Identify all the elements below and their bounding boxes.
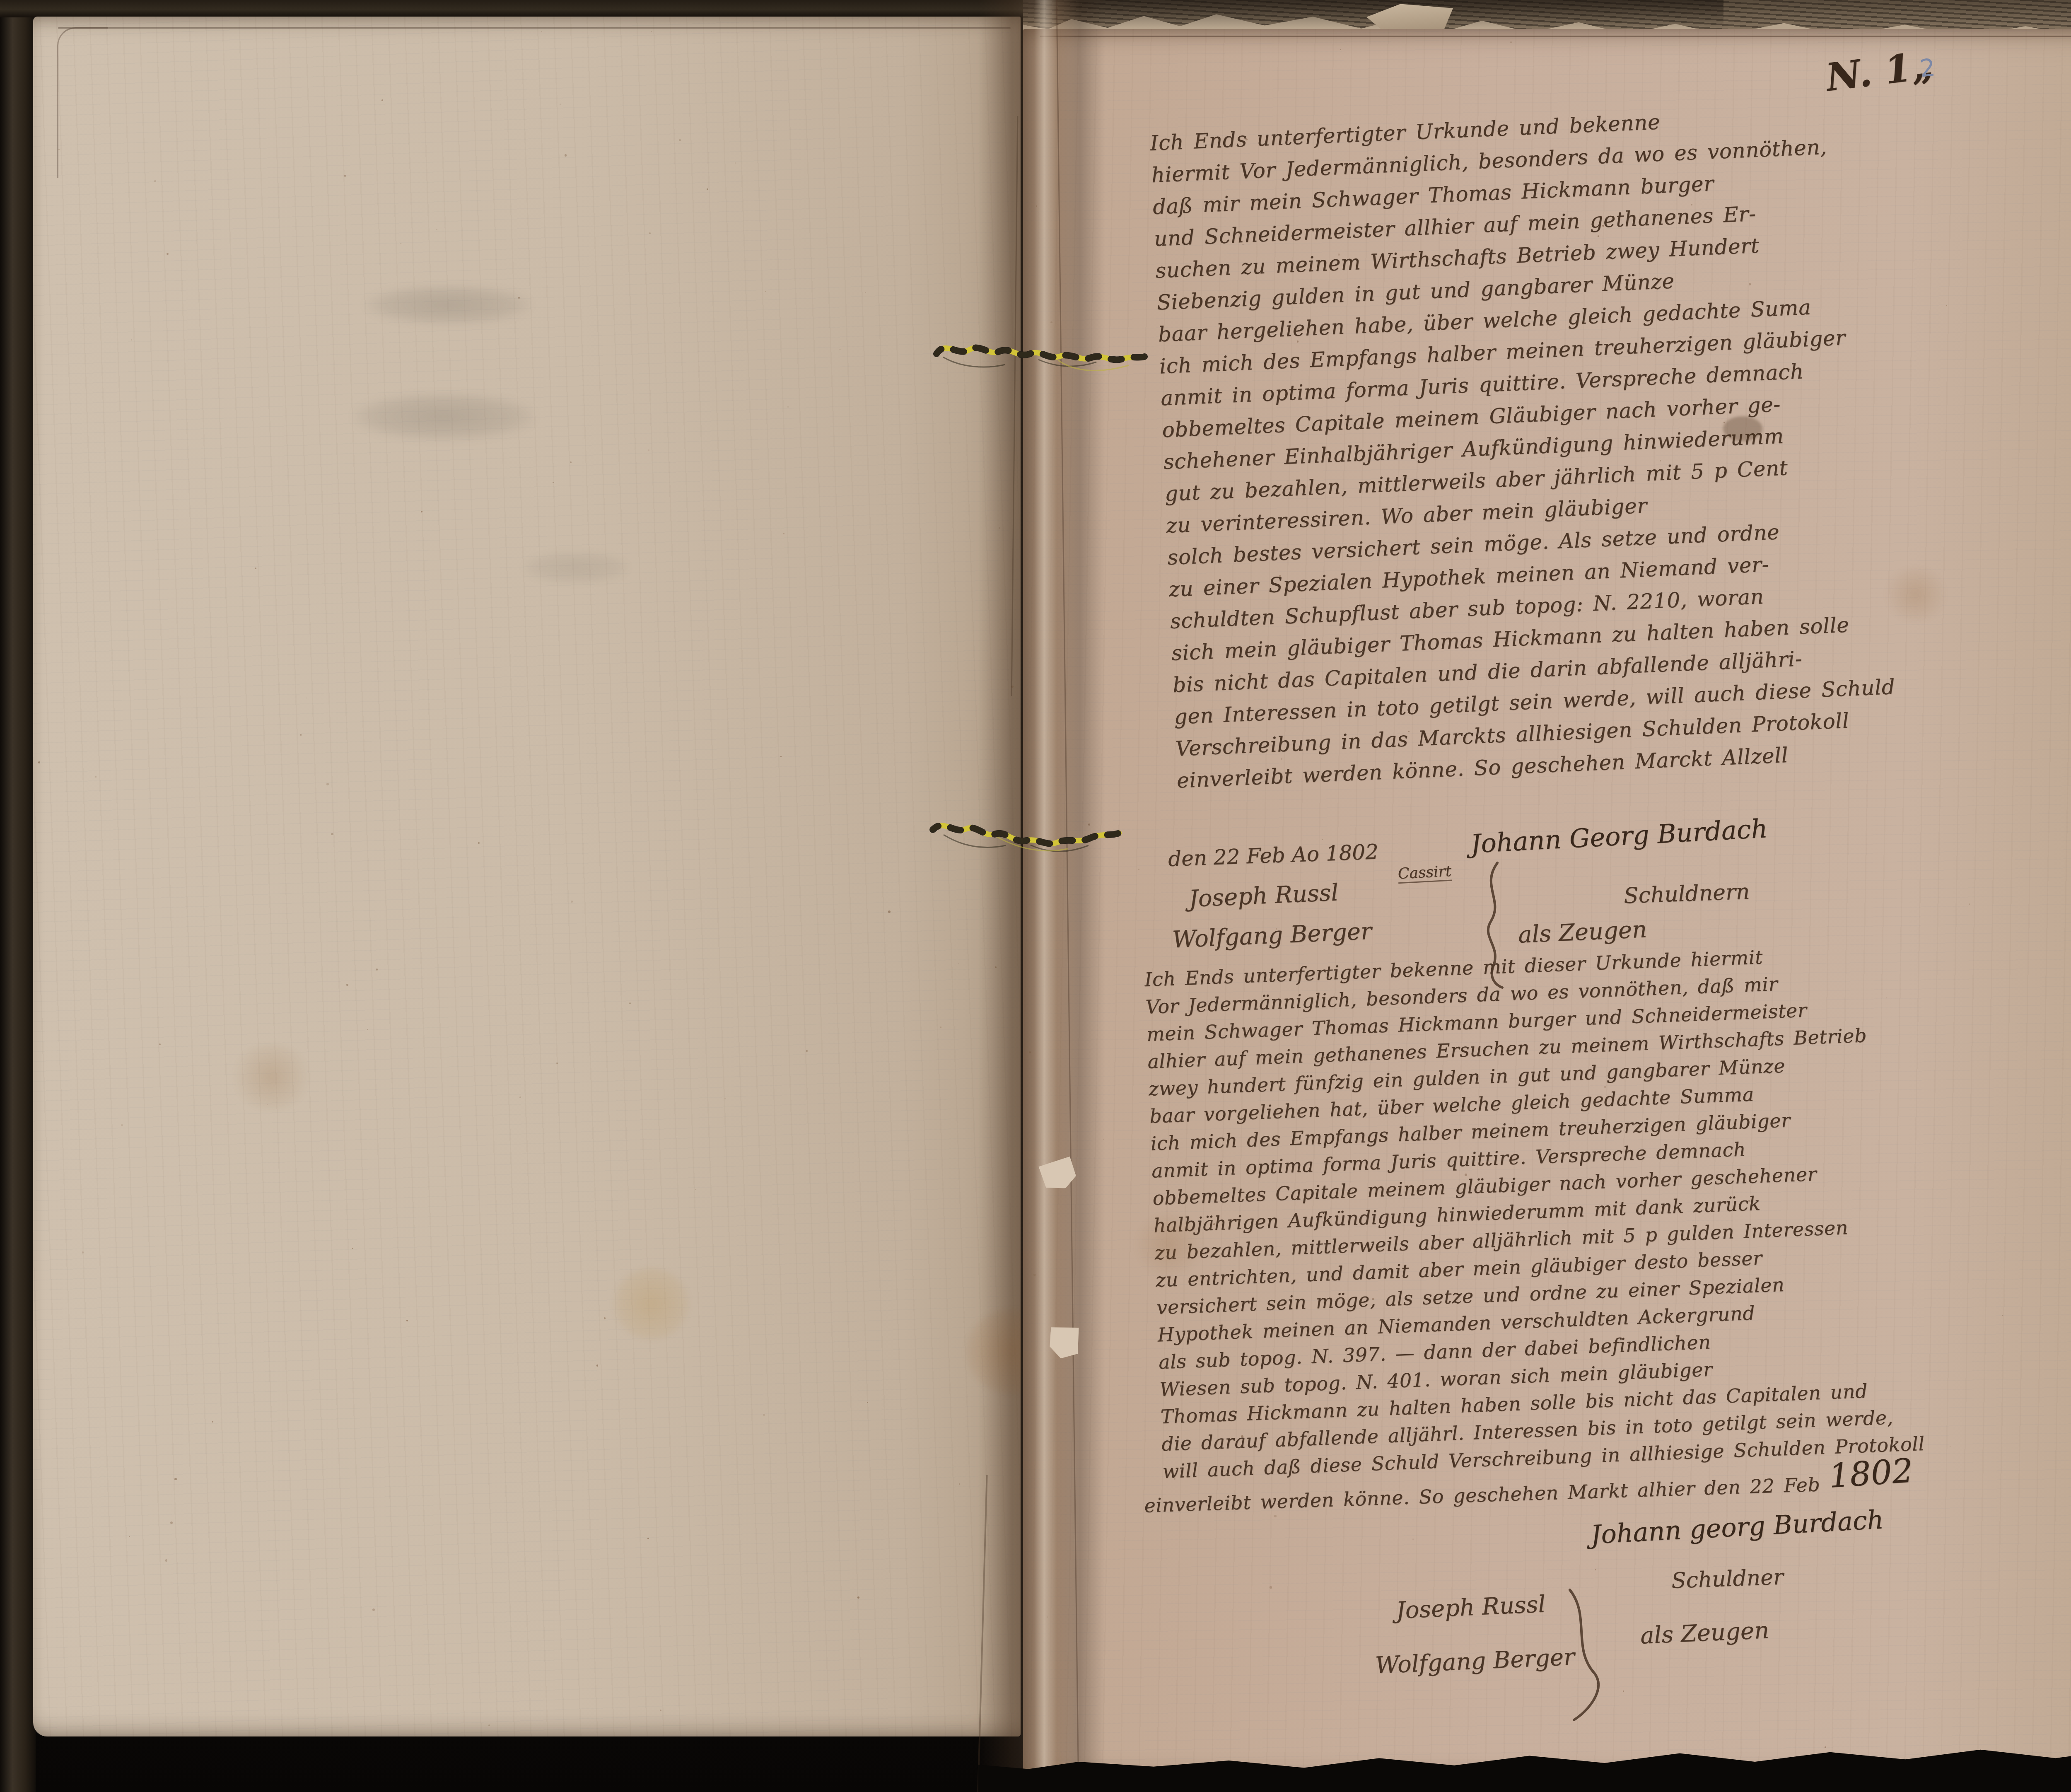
entry-1-debtor-role: Schuldnern (1623, 879, 1750, 909)
paper-speck (783, 533, 784, 534)
paper-speck (372, 1608, 375, 1611)
entry-2-closing-year: 1802 (1827, 1451, 1914, 1495)
signature-brace-flourish (1562, 1587, 1607, 1723)
entry-1-witness-2-signature: Wolfgang Berger (1172, 918, 1372, 954)
paper-speck (1036, 205, 1037, 206)
entry-2-witness-1-signature: Joseph Russl (1395, 1591, 1546, 1624)
paper-speck (806, 1050, 807, 1051)
paper-speck (174, 1478, 176, 1480)
paper-speck (421, 511, 422, 512)
paper-speck (565, 154, 567, 156)
paper-speck (1950, 1446, 1950, 1447)
paper-speck (1029, 1051, 1031, 1053)
entry-1-debtor-signature: Johann Georg Burdach (1470, 813, 1769, 859)
paper-speck (555, 1338, 555, 1338)
paper-speck (1033, 1274, 1035, 1276)
paper-speck (82, 1251, 84, 1253)
paper-speck (596, 1365, 599, 1367)
paper-speck (857, 1596, 859, 1599)
book-cover-left-edge (0, 0, 36, 1792)
paper-speck (95, 776, 96, 777)
paper-speck (300, 734, 302, 735)
paper-speck (478, 842, 480, 844)
sewing-thread-lower (931, 806, 1126, 862)
left-page (33, 17, 1021, 1736)
paper-speck (571, 901, 573, 903)
manuscript-scan: N. 1„ 2 3 Ich Ends unterfertigter Urkund… (0, 0, 2071, 1792)
paper-speck (344, 175, 346, 177)
paper-speck (346, 984, 348, 985)
paper-speck (331, 833, 333, 836)
paper-speck (1412, 1538, 1414, 1540)
paper-stain (965, 1309, 1021, 1394)
paper-speck (1389, 922, 1390, 923)
paper-speck (165, 1559, 168, 1562)
paper-speck (604, 1317, 606, 1319)
paper-speck (765, 291, 765, 292)
paper-speck (121, 1124, 123, 1126)
paper-speck (651, 31, 652, 32)
paper-speck (170, 1522, 173, 1524)
paper-speck (1103, 1139, 1104, 1140)
paper-speck (940, 1026, 941, 1028)
paper-stain (1885, 568, 1947, 621)
paper-speck (1274, 1515, 1277, 1517)
paper-speck (488, 1724, 490, 1726)
book-cover-top-edge (0, 0, 1023, 17)
paper-speck (1050, 321, 1052, 324)
paper-speck (556, 1063, 558, 1064)
paper-speck (735, 162, 736, 164)
entry-1-witnesses-role: als Zeugen (1518, 916, 1648, 949)
ruled-line-top (1040, 36, 2071, 37)
paper-speck (212, 1421, 213, 1422)
paper-speck (2002, 1315, 2003, 1316)
paper-speck (1270, 1586, 1272, 1589)
paper-speck (1047, 1616, 1048, 1618)
paper-speck (131, 339, 132, 341)
paper-speck (724, 1098, 726, 1099)
paper-speck (541, 31, 543, 33)
paper-speck (326, 783, 329, 785)
page-stack-shadow (1023, 0, 1723, 28)
paper-speck (958, 963, 959, 964)
paper-stain (1135, 1214, 1203, 1276)
paper-speck (117, 1732, 117, 1733)
paper-speck (1595, 1569, 1596, 1570)
paper-speck (956, 150, 956, 150)
paper-stain (232, 1044, 311, 1110)
paper-speck (867, 1402, 868, 1403)
sewing-thread-upper (934, 327, 1145, 379)
paper-speck (553, 482, 554, 483)
paper-speck (154, 180, 156, 182)
ink-bleedthrough-smudge (353, 393, 535, 441)
paper-speck (660, 1710, 661, 1711)
paper-speck (865, 292, 866, 293)
paper-speck (1011, 686, 1014, 688)
paper-speck (965, 450, 965, 450)
paper-speck (995, 966, 997, 968)
entry-2-witnesses-role: als Zeugen (1640, 1617, 1770, 1650)
paper-speck (768, 388, 768, 388)
paper-speck (1322, 839, 1323, 840)
paper-speck (1969, 903, 1970, 905)
ink-bleedthrough-smudge (365, 285, 531, 325)
folio-number-ink: N. 1„ (1823, 43, 1935, 100)
paper-speck (695, 1189, 696, 1190)
paper-speck (1138, 869, 1139, 870)
paper-speck (376, 968, 378, 971)
paper-speck (406, 1320, 408, 1321)
paper-speck (129, 1536, 130, 1537)
paper-speck (352, 1248, 353, 1249)
paper-speck (519, 1096, 521, 1098)
paper-speck (1510, 41, 1512, 43)
ruled-frame-line-top (58, 27, 1011, 29)
paper-speck (999, 527, 1001, 529)
entry-2-text: Ich Ends unterfertigter bekenne mit dies… (1144, 938, 1925, 1485)
paper-speck (306, 698, 307, 698)
paper-speck (1946, 305, 1947, 306)
paper-speck (763, 1414, 765, 1416)
paper-speck (1825, 1746, 1826, 1748)
entry-1-text: Ich Ends unterfertigter Urkunde und beke… (1149, 97, 1898, 797)
paper-speck (647, 1538, 649, 1539)
paper-speck (1623, 1691, 1624, 1692)
paper-speck (401, 243, 401, 244)
paper-speck (677, 1136, 677, 1136)
ink-bleedthrough-smudge (522, 551, 630, 584)
paper-speck (162, 300, 163, 300)
ruled-frame-corner (57, 27, 108, 178)
paper-speck (1340, 49, 1341, 50)
paper-speck (38, 761, 40, 763)
entry-1-witness-note: Cassirt (1398, 863, 1452, 884)
paper-speck (840, 349, 840, 350)
paper-speck (707, 188, 708, 190)
paper-speck (436, 229, 437, 230)
entry-2-debtor-role: Schuldner (1671, 1565, 1784, 1593)
entry-2-debtor-signature: Johann georg Burdach (1590, 1505, 1885, 1550)
paper-speck (649, 232, 651, 234)
paper-speck (200, 1042, 200, 1042)
folio-number-pencil: 2 (1919, 53, 1937, 82)
paper-speck (560, 104, 561, 105)
paper-stain (613, 1268, 690, 1340)
entry-2-witness-2-signature: Wolfgang Berger (1375, 1644, 1575, 1679)
paper-speck (959, 1483, 960, 1485)
paper-speck (629, 1002, 631, 1004)
paper-speck (367, 1029, 368, 1030)
paper-speck (888, 910, 891, 913)
paper-speck (381, 99, 383, 101)
paper-speck (780, 756, 782, 757)
ink-blot (1723, 416, 1762, 441)
paper-speck (679, 139, 681, 141)
paper-speck (648, 449, 649, 451)
right-page: N. 1„ 2 3 Ich Ends unterfertigter Urkund… (1023, 29, 2071, 1785)
entry-1-dateline: den 22 Feb Ao 1802 (1168, 840, 1379, 871)
paper-speck (570, 461, 572, 463)
paper-speck (167, 253, 169, 255)
paper-speck (255, 568, 256, 569)
entry-1-witness-1-signature: Joseph Russl (1188, 879, 1339, 913)
paper-speck (787, 406, 789, 408)
paper-speck (159, 1043, 161, 1045)
